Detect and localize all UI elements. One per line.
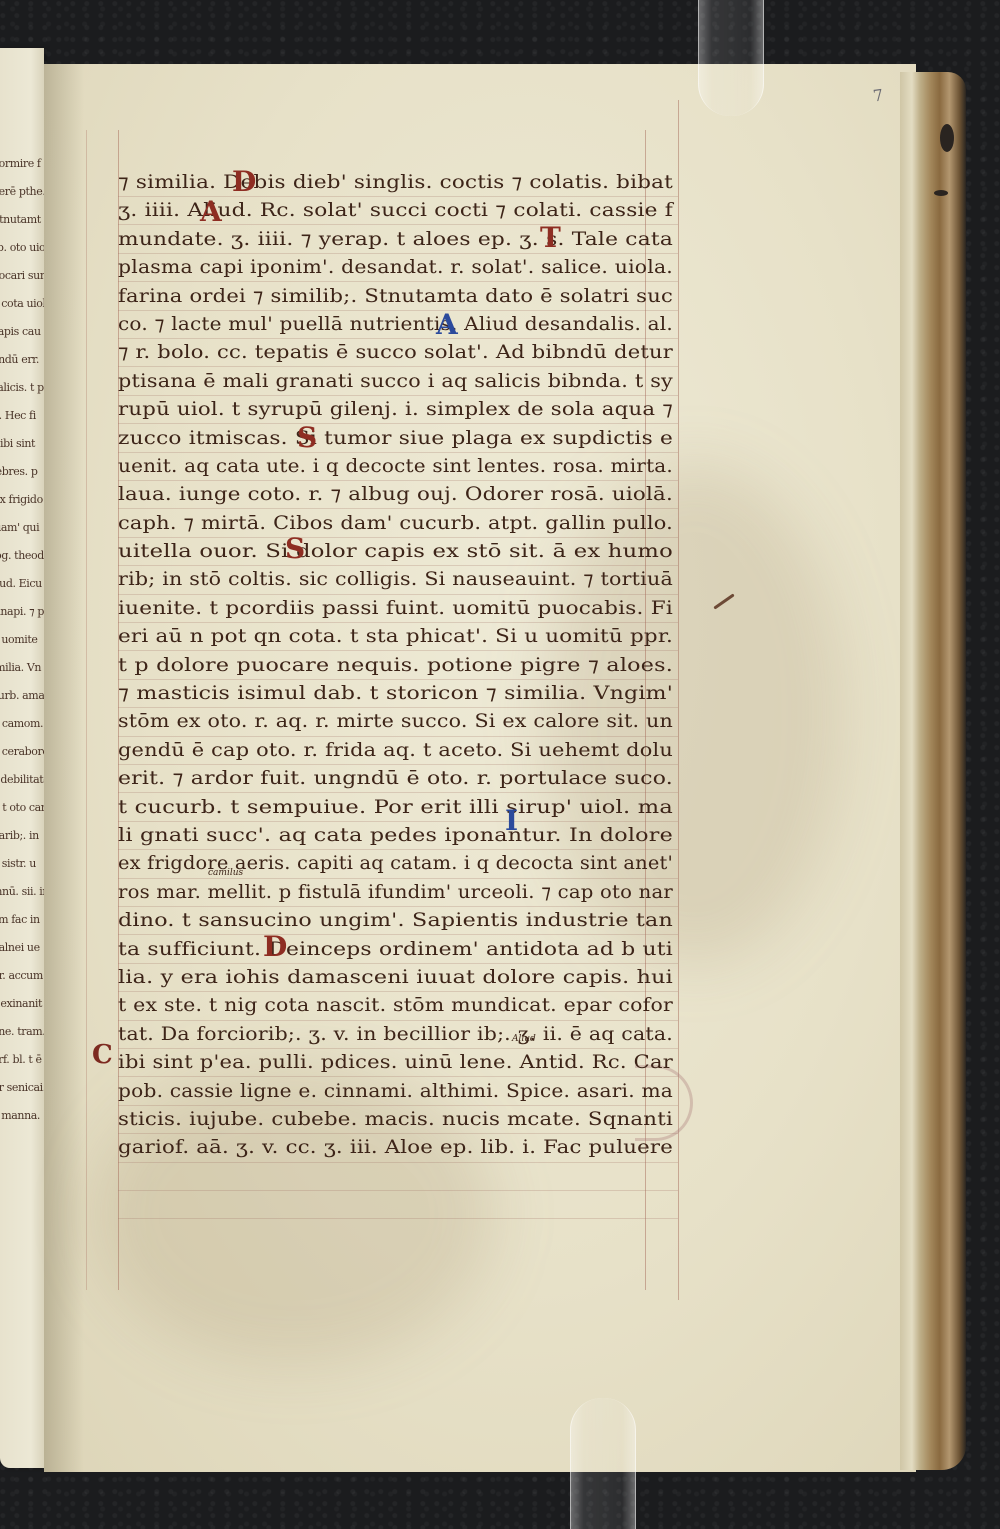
facing-page-fragment: gr senicai. — [0, 1082, 44, 1094]
manuscript-line: t ex ste. t nig cota nascit. stōm mundic… — [118, 991, 688, 1019]
gutter-shadow — [44, 64, 84, 1472]
facing-page-fragment: sinapi. ⁊ p — [0, 606, 44, 618]
manuscript-line: ⁊ masticis isimul dab. t storicon ⁊ simi… — [118, 679, 688, 707]
facing-page-fragment: mnū. sii. in — [0, 886, 44, 898]
ruling-line-horizontal — [118, 1190, 678, 1191]
facing-page-fragment: s exinanit — [0, 998, 42, 1010]
manuscript-line-text: caph. ⁊ mirtā. Cibos dam' cucurb. atpt. … — [118, 509, 673, 537]
manuscript-line: rupū uiol. t syrupū gilenj. i. simplex d… — [118, 395, 688, 423]
facing-page-fragment: febres. p — [0, 466, 37, 478]
manuscript-line-text: t ex ste. t nig cota nascit. stōm mundic… — [118, 991, 673, 1019]
facing-page-fragment: uerē pthe. — [0, 186, 44, 198]
manuscript-line: dino. t sansucino ungim'. Sapientis indu… — [118, 906, 688, 934]
facing-page-fragment: dormire f — [0, 158, 41, 170]
facing-page-verso: dormire fuerē pthe.Stnutamtrb. oto uiol.… — [0, 48, 44, 1468]
book-fore-edge — [900, 72, 966, 1470]
marginal-letter: C — [92, 1040, 113, 1070]
manuscript-line-text: rib; in stō coltis. sic colligis. Si nau… — [118, 565, 673, 593]
facing-page-fragment: balnei ue — [0, 942, 40, 954]
manuscript-line: caph. ⁊ mirtā. Cibos dam' cucurb. atpt. … — [118, 509, 688, 537]
initial-i-blue: I — [505, 807, 518, 835]
manuscript-line-text: ibi sint p'ea. pulli. pdices. uinū lene.… — [118, 1048, 673, 1076]
manuscript-line-text: iuenite. t pcordiis passi fuint. uomitū … — [118, 594, 673, 622]
initial-s-red: S — [285, 535, 305, 563]
edge-damage — [940, 124, 954, 152]
facing-page-fragment: erf. bl. t ē — [0, 1054, 42, 1066]
manuscript-line: plasma capi iponim'. desandat. r. solat'… — [118, 253, 688, 281]
manuscript-line-text: stōm ex oto. r. aq. r. mirte succo. Si e… — [118, 707, 673, 735]
manuscript-line: ⁊ similia. Debis dieb' singlis. coctis ⁊… — [118, 168, 688, 196]
ruling-line-horizontal — [118, 1218, 678, 1219]
facing-page-fragment: imilia. Vn — [0, 662, 41, 674]
manuscript-line-text: pob. cassie ligne e. cinnami. althimi. S… — [118, 1077, 673, 1105]
manuscript-line-text: eri aū n pot qn cota. t sta phicat'. Si … — [118, 622, 673, 650]
manuscript-line-text: li gnati succ'. aq cata pedes iponantur.… — [118, 821, 673, 849]
manuscript-line: gariof. aā. ʒ. v. cc. ʒ. iii. Aloe ep. l… — [118, 1133, 688, 1161]
manuscript-line: uenit. aq cata ute. i q decocte sint len… — [118, 452, 688, 480]
facing-page-fragment: Ex frigido — [0, 494, 43, 506]
manuscript-line-text: sticis. iujube. cubebe. macis. nucis mca… — [118, 1105, 673, 1133]
facing-page-fragment: narib;. in — [0, 830, 39, 842]
facing-page-fragment: ū sistr. u — [0, 858, 36, 870]
manuscript-line: t cucurb. t sempuiue. Por erit illi siru… — [118, 793, 688, 821]
manuscript-line: stōm ex oto. r. aq. r. mirte succo. Si e… — [118, 707, 688, 735]
facing-page-fragment: rb. oto uiol. — [0, 242, 44, 254]
manuscript-line-text: laua. iunge coto. r. ⁊ albug ouj. Odorer… — [118, 480, 673, 508]
manuscript-line: ex frigdore aeris. capiti aq catam. i q … — [118, 849, 688, 877]
manuscript-line: zucco itmiscas. Si tumor siue plaga ex s… — [118, 424, 688, 452]
manuscript-line-text: farina ordei ⁊ similib;. Stnutamta dato … — [118, 282, 673, 310]
facing-page-fragment: t. t oto camo — [0, 802, 44, 814]
manuscript-line: co. ⁊ lacte mul' puellā nutrientis. Aliu… — [118, 310, 688, 338]
facing-page-fragment: uocari sun — [0, 270, 44, 282]
page-clip-bottom — [570, 1398, 636, 1529]
manuscript-line-text: t p dolore puocare nequis. potione pigre… — [118, 651, 673, 679]
manuscript-line: ptisana ē mali granati succo i aq salici… — [118, 367, 688, 395]
manuscript-line: ta sufficiunt. Deinceps ordinem' antidot… — [118, 935, 688, 963]
manuscript-line-text: ex frigdore aeris. capiti aq catam. i q … — [118, 849, 673, 877]
manuscript-line-text: gariof. aā. ʒ. v. cc. ʒ. iii. Aloe ep. l… — [118, 1133, 673, 1161]
manuscript-line-text: zucco itmiscas. Si tumor siue plaga ex s… — [118, 424, 673, 452]
manuscript-line: ⁊ r. bolo. cc. tepatis ē succo solat'. A… — [118, 338, 688, 366]
facing-page-fragment: capis cau — [0, 326, 41, 338]
manuscript-line-text: ros mar. mellit. p fistulā ifundim' urce… — [118, 878, 673, 906]
facing-page-fragment: r. camom. — [0, 718, 43, 730]
manuscript-line: t p dolore puocare nequis. potione pigre… — [118, 651, 688, 679]
facing-page-fragment: ē manna. — [0, 1110, 40, 1122]
manuscript-line: ibi sint p'ea. pulli. pdices. uinū lene.… — [118, 1048, 688, 1076]
manuscript-line: eri aū n pot qn cota. t sta phicat'. Si … — [118, 622, 688, 650]
manuscript-line: ros mar. mellit. p fistulā ifundim' urce… — [118, 878, 688, 906]
facing-page-fragment: gr. accum — [0, 970, 43, 982]
manuscript-line-text: erit. ⁊ ardor fuit. ungndū ē oto. r. por… — [118, 764, 673, 792]
manuscript-line: li gnati succ'. aq cata pedes iponantur.… — [118, 821, 688, 849]
facing-page-fragment: ū. Hec fi — [0, 410, 36, 422]
manuscript-line: rib; in stō coltis. sic colligis. Si nau… — [118, 565, 688, 593]
edge-damage — [934, 190, 948, 196]
manuscript-line: uitella ouor. Si dolor capis ex stō sit.… — [118, 537, 688, 565]
manuscript-line: tat. Da forciorib;. ʒ. v. in becillior i… — [118, 1020, 688, 1048]
manuscript-line-text: ⁊ masticis isimul dab. t storicon ⁊ simi… — [118, 679, 673, 707]
initial-t-red: T — [540, 224, 561, 252]
facing-page-fragment: ciam' qui — [0, 522, 39, 534]
facing-page-fragment: curb. amari — [0, 690, 44, 702]
facing-page-fragment: salicis. t p — [0, 382, 44, 394]
manuscript-line-text: gendū ē cap oto. r. frida aq. t aceto. S… — [118, 736, 673, 764]
initial-d-red: D — [263, 933, 287, 961]
facing-page-fragment: s debilitate — [0, 774, 44, 786]
manuscript-line-text: uenit. aq cata ute. i q decocte sint len… — [118, 452, 673, 480]
initial-d-red: D — [232, 168, 256, 196]
manuscript-line-text: co. ⁊ lacte mul' puellā nutrientis. Aliu… — [118, 310, 673, 338]
facing-page-fragment: endū err. — [0, 354, 39, 366]
manuscript-line-text: lia. y era iohis damasceni iuuat dolore … — [118, 963, 673, 991]
interlinear-gloss: camilus — [208, 868, 243, 878]
facing-page-fragment: log. theodo — [0, 550, 44, 562]
manuscript-line: pob. cassie ligne e. cinnami. althimi. S… — [118, 1077, 688, 1105]
manuscript-line: erit. ⁊ ardor fuit. ungndū ē oto. r. por… — [118, 764, 688, 792]
manuscript-line-text: tat. Da forciorib;. ʒ. v. in becillior i… — [118, 1020, 673, 1048]
manuscript-line-text: uitella ouor. Si dolor capis ex stō sit.… — [118, 537, 673, 565]
facing-page-fragment: ii uomite — [0, 634, 38, 646]
manuscript-line: lia. y era iohis damasceni iuuat dolore … — [118, 963, 688, 991]
initial-s-red: S — [297, 424, 317, 452]
manuscript-line-text: ⁊ similia. Debis dieb' singlis. coctis ⁊… — [118, 168, 673, 196]
page-clip-top — [698, 0, 764, 116]
ruling-line-horizontal — [118, 1162, 678, 1163]
ruling-line-margin — [86, 130, 87, 1290]
manuscript-line-text: ta sufficiunt. Deinceps ordinem' antidot… — [118, 935, 673, 963]
manuscript-line: iuenite. t pcordiis passi fuint. uomitū … — [118, 594, 688, 622]
manuscript-line-text: t cucurb. t sempuiue. Por erit illi siru… — [118, 793, 673, 821]
main-text-block: ⁊ similia. Debis dieb' singlis. coctis ⁊… — [118, 168, 688, 1162]
manuscript-line: mundate. ʒ. iiii. ⁊ yerap. t aloes ep. ʒ… — [118, 225, 688, 253]
manuscript-line-text: rupū uiol. t syrupū gilenj. i. simplex d… — [118, 395, 673, 423]
facing-page-fragment: Stnutamt — [0, 214, 41, 226]
manuscript-line-text: ptisana ē mali granati succo i aq salici… — [118, 367, 673, 395]
manuscript-line: gendū ē cap oto. r. frida aq. t aceto. S… — [118, 736, 688, 764]
interlinear-gloss: Aliud — [512, 1034, 536, 1044]
manuscript-line-text: dino. t sansucino ungim'. Sapientis indu… — [118, 906, 673, 934]
initial-a-red: A — [200, 198, 222, 226]
manuscript-line-text: plasma capi iponim'. desandat. r. solat'… — [118, 253, 673, 281]
manuscript-line-text: ⁊ r. bolo. cc. tepatis ē succo solat'. A… — [118, 338, 673, 366]
manuscript-line: laua. iunge coto. r. ⁊ albug ouj. Odorer… — [118, 480, 688, 508]
facing-page-fragment: n ceraboro — [0, 746, 44, 758]
facing-page-fragment: em fac in — [0, 914, 40, 926]
manuscript-line: farina ordei ⁊ similib;. Stnutamta dato … — [118, 282, 688, 310]
facing-page-fragment: one. tram. — [0, 1026, 44, 1038]
initial-a-blue: A — [436, 311, 458, 339]
manuscript-line: sticis. iujube. cubebe. macis. nucis mca… — [118, 1105, 688, 1133]
facing-page-fragment: Cibi sint — [0, 438, 35, 450]
manuscript-line-text: mundate. ʒ. iiii. ⁊ yerap. t aloes ep. ʒ… — [118, 225, 673, 253]
facing-page-fragment: tiud. Eicu — [0, 578, 42, 590]
facing-page-fragment: ē cota uiol. — [0, 298, 44, 310]
